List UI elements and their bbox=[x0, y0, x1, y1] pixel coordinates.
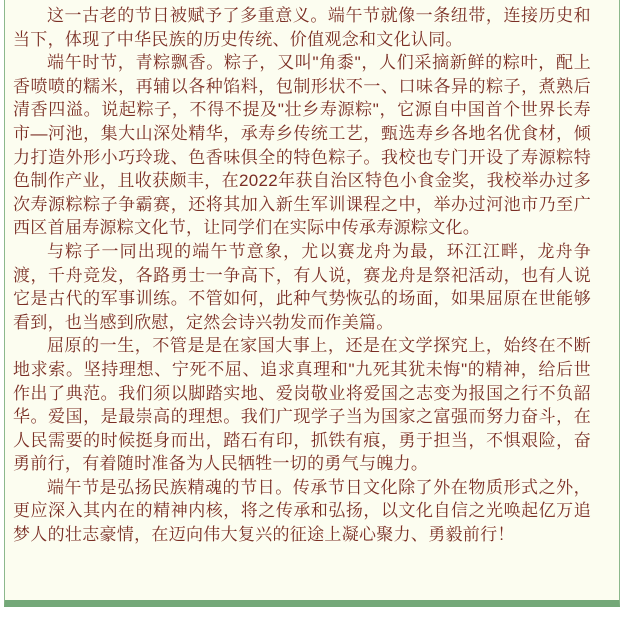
paragraph-festival-meaning: 这一古老的节日被赋予了多重意义。端午节就像一条纽带，连接历史和当下，体现了中华民… bbox=[13, 4, 591, 51]
screenshot-root: 这一古老的节日被赋予了多重意义。端午节就像一条纽带，连接历史和当下，体现了中华民… bbox=[0, 0, 625, 618]
paragraph-zongzi: 端午时节，青粽飘香。粽子，又叫"角黍"，人们采摘新鲜的粽叶，配上香喷喷的糯米，再… bbox=[13, 51, 591, 240]
document-page: 这一古老的节日被赋予了多重意义。端午节就像一条纽带，连接历史和当下，体现了中华民… bbox=[4, 0, 620, 607]
paragraph-conclusion: 端午节是弘扬民族精魂的节日。传承节日文化除了外在物质形式之外，更应深入其内在的精… bbox=[13, 476, 591, 547]
paragraph-dragon-boat: 与粽子一同出现的端午节意象，尤以赛龙舟为最，环江江畔，龙舟争渡，千舟竞发，各路勇… bbox=[13, 240, 591, 334]
paragraph-quyuan-spirit: 屈原的一生，不管是是在家国大事上，还是在文学探究上，始终在不断地求索。坚持理想、… bbox=[13, 334, 591, 476]
document-text-area: 这一古老的节日被赋予了多重意义。端午节就像一条纽带，连接历史和当下，体现了中华民… bbox=[5, 0, 619, 547]
